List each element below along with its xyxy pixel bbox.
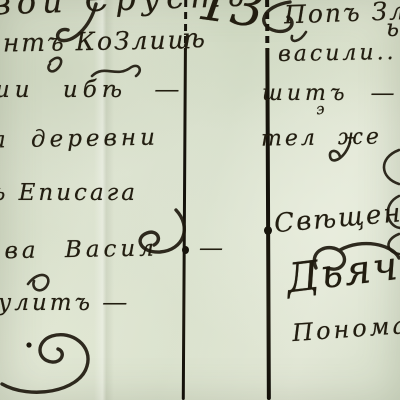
handwritten-dash: ― [200,236,222,261]
flourish-ascender-left [28,275,48,290]
handwritten-line-right-1: Попъ Зла [284,0,400,29]
handwritten-line-left-6: ьва Васил [0,236,158,265]
handwritten-line-right-5-priest-title: Свѣщенни [273,195,400,239]
manuscript-page: вой Єрусть ентъ КоЗлиш ши ибѣ ― а деревн… [0,0,400,400]
table-rule-left [182,0,187,400]
ink-blot [264,226,272,235]
handwritten-line-right-6-sexton-title: Дьяче [284,240,400,303]
flourish-right-edge-curl-a [384,150,399,184]
handwritten-line-left-2: ентъ КоЗлиш [0,25,194,58]
handwritten-line-right-7-ponomar-title: Понома [291,311,400,347]
handwritten-line-left-7: улитъ ― [0,290,129,316]
handwritten-line-right-2: васили.. [278,40,397,67]
handwritten-letter-on-rule: ѣ [182,24,205,54]
handwritten-line-left-4: а деревни [0,125,159,154]
handwritten-edge-letter: ь [386,14,399,42]
flourish-comma-under-pop [292,32,306,41]
table-rule-right [265,0,270,400]
flourish-dot [26,342,31,347]
handwritten-number: 13 [194,0,268,40]
handwritten-line-left-5: ъ Еписага [0,180,138,206]
flourish-squiggle-left-a [48,58,61,72]
handwritten-line-left-3: ши ибѣ ― [0,77,183,103]
handwritten-line-right-4: тел же асе [261,123,400,151]
flourish-bottom-swirl [2,335,88,393]
ink-blot [182,246,189,254]
handwritten-line-right-3: шитъ ― с [262,81,400,106]
